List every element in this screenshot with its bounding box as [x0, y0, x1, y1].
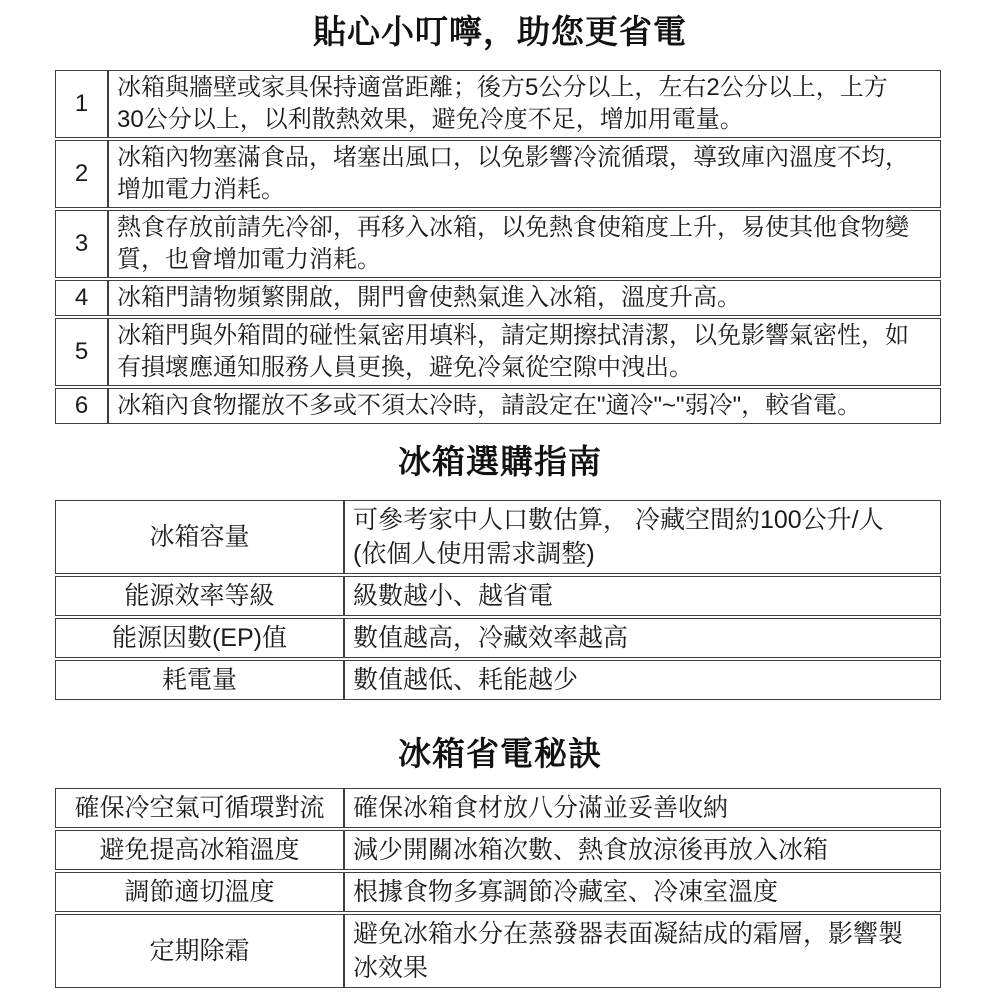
energy-saving-infographic-page: 貼心小叮嚀，助您更省電 1 冰箱與牆壁或家具保持適當距離；後方5公分以上，左右2…	[0, 0, 1000, 1000]
section-title-saving-secrets: 冰箱省電秘訣	[0, 734, 1000, 774]
tip-text-cell: 冰箱內物塞滿食品，堵塞出風口，以免影響冷流循環，導致庫內溫度不均， 增加電力消耗…	[108, 140, 941, 208]
reminders-table: 1 冰箱與牆壁或家具保持適當距離；後方5公分以上，左右2公分以上，上方 30公分…	[55, 68, 941, 426]
tip-text-cell: 冰箱門請物頻繁開啟，開門會使熱氣進入冰箱，溫度升高。	[108, 280, 941, 316]
section-title-reminders: 貼心小叮嚀，助您更省電	[0, 12, 1000, 52]
table-row: 1 冰箱與牆壁或家具保持適當距離；後方5公分以上，左右2公分以上，上方 30公分…	[55, 70, 941, 138]
secret-value-cell: 根據食物多寡調節冷藏室、冷凍室溫度	[344, 872, 941, 912]
secret-label-cell: 調節適切溫度	[55, 872, 344, 912]
spec-value-cell: 數值越高，冷藏效率越高	[344, 618, 941, 658]
row-number-cell: 2	[55, 140, 108, 208]
saving-secrets-table: 確保冷空氣可循環對流 確保冰箱食材放八分滿並妥善收納 避免提高冰箱溫度 減少開關…	[55, 786, 941, 990]
row-number-cell: 4	[55, 280, 108, 316]
table-row: 確保冷空氣可循環對流 確保冰箱食材放八分滿並妥善收納	[55, 788, 941, 828]
spec-value-cell: 級數越小、越省電	[344, 576, 941, 616]
spec-label-cell: 能源因數(EP)值	[55, 618, 344, 658]
table-row: 2 冰箱內物塞滿食品，堵塞出風口，以免影響冷流循環，導致庫內溫度不均， 增加電力…	[55, 140, 941, 208]
secret-label-cell: 定期除霜	[55, 914, 344, 988]
table-row: 4 冰箱門請物頻繁開啟，開門會使熱氣進入冰箱，溫度升高。	[55, 280, 941, 316]
tip-text-cell: 冰箱內食物擺放不多或不須太冷時，請設定在"適冷"~"弱冷"，較省電。	[108, 388, 941, 424]
table-row: 5 冰箱門與外箱間的碰性氣密用填料，請定期擦拭清潔，以免影響氣密性，如 有損壞應…	[55, 318, 941, 386]
secret-value-cell: 避免冰箱水分在蒸發器表面凝結成的霜層，影響製 冰效果	[344, 914, 941, 988]
spec-value-cell: 可參考家中人口數估算， 冷藏空間約100公升/人 (依個人使用需求調整)	[344, 500, 941, 574]
buying-guide-table: 冰箱容量 可參考家中人口數估算， 冷藏空間約100公升/人 (依個人使用需求調整…	[55, 498, 941, 702]
spec-label-cell: 耗電量	[55, 660, 344, 700]
secret-value-cell: 確保冰箱食材放八分滿並妥善收納	[344, 788, 941, 828]
table-row: 6 冰箱內食物擺放不多或不須太冷時，請設定在"適冷"~"弱冷"，較省電。	[55, 388, 941, 424]
secret-label-cell: 確保冷空氣可循環對流	[55, 788, 344, 828]
tip-text-cell: 冰箱與牆壁或家具保持適當距離；後方5公分以上，左右2公分以上，上方 30公分以上…	[108, 70, 941, 138]
table-row: 耗電量 數值越低、耗能越少	[55, 660, 941, 700]
table-row: 能源因數(EP)值 數值越高，冷藏效率越高	[55, 618, 941, 658]
table-row: 避免提高冰箱溫度 減少開關冰箱次數、熱食放涼後再放入冰箱	[55, 830, 941, 870]
spec-label-cell: 冰箱容量	[55, 500, 344, 574]
row-number-cell: 1	[55, 70, 108, 138]
table-row: 3 熱食存放前請先冷卻，再移入冰箱，以免熱食使箱度上升，易使其他食物變 質，也會…	[55, 210, 941, 278]
table-row: 調節適切溫度 根據食物多寡調節冷藏室、冷凍室溫度	[55, 872, 941, 912]
table-row: 冰箱容量 可參考家中人口數估算， 冷藏空間約100公升/人 (依個人使用需求調整…	[55, 500, 941, 574]
tip-text-cell: 熱食存放前請先冷卻，再移入冰箱，以免熱食使箱度上升，易使其他食物變 質，也會增加…	[108, 210, 941, 278]
section-title-buying-guide: 冰箱選購指南	[0, 442, 1000, 482]
secret-label-cell: 避免提高冰箱溫度	[55, 830, 344, 870]
table-row: 定期除霜 避免冰箱水分在蒸發器表面凝結成的霜層，影響製 冰效果	[55, 914, 941, 988]
spec-label-cell: 能源效率等級	[55, 576, 344, 616]
table-row: 能源效率等級 級數越小、越省電	[55, 576, 941, 616]
tip-text-cell: 冰箱門與外箱間的碰性氣密用填料，請定期擦拭清潔，以免影響氣密性，如 有損壞應通知…	[108, 318, 941, 386]
secret-value-cell: 減少開關冰箱次數、熱食放涼後再放入冰箱	[344, 830, 941, 870]
row-number-cell: 3	[55, 210, 108, 278]
spec-value-cell: 數值越低、耗能越少	[344, 660, 941, 700]
row-number-cell: 5	[55, 318, 108, 386]
row-number-cell: 6	[55, 388, 108, 424]
